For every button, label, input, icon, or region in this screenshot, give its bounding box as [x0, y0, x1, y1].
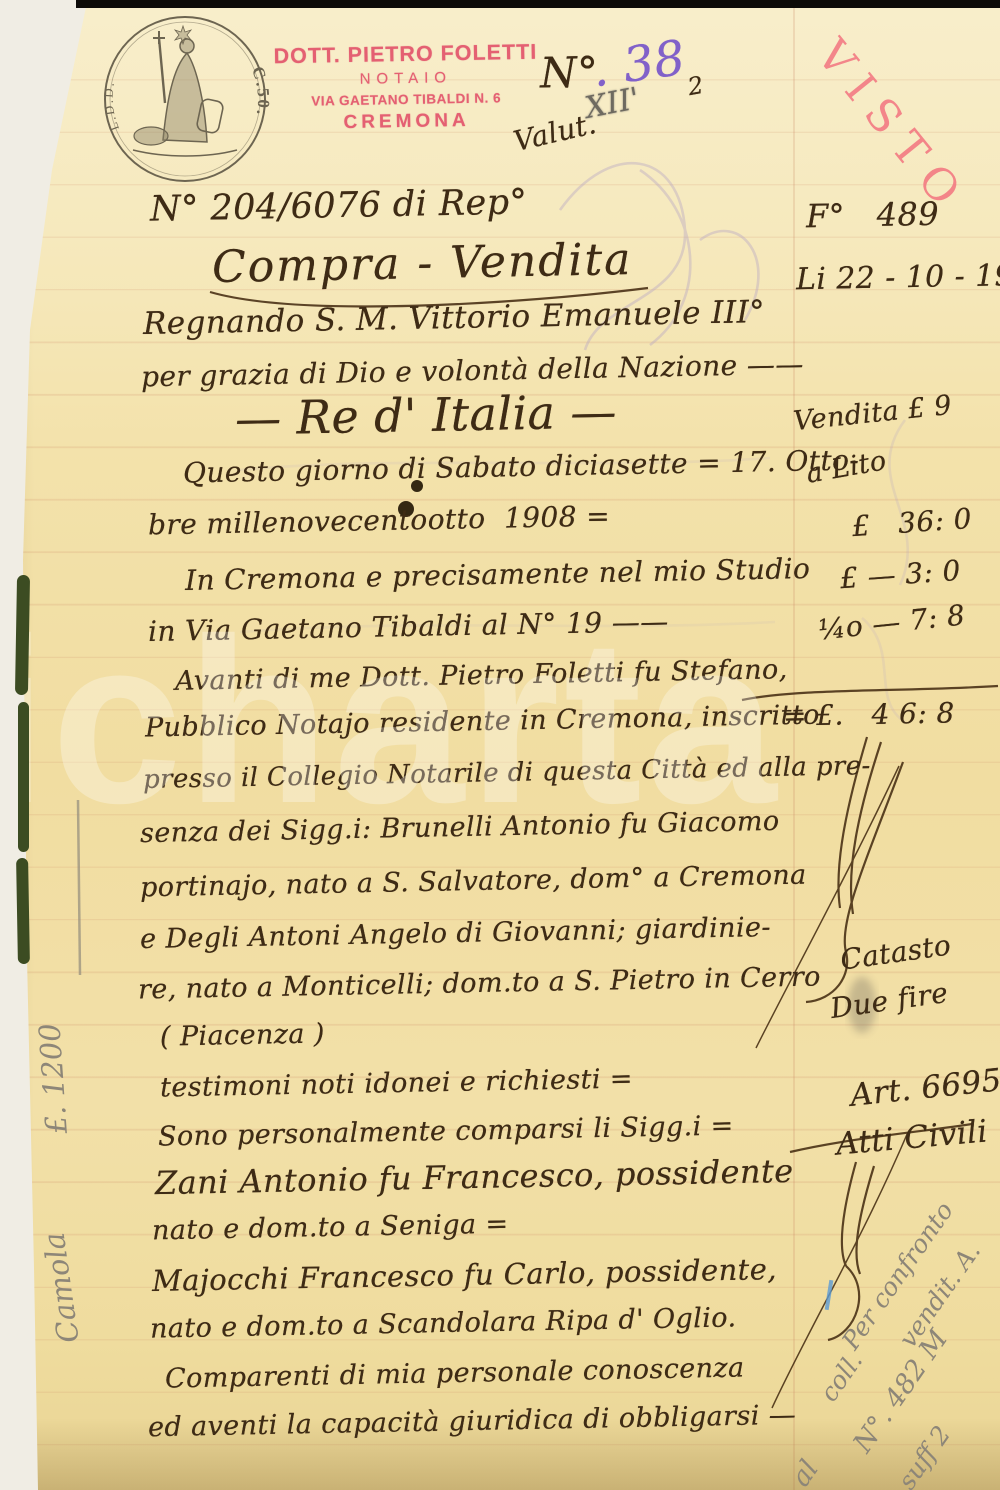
stamp-title: NOTAIO — [272, 68, 540, 90]
seal-denomination: C.50. — [248, 64, 273, 118]
deed-title: Compra - Vendita — [212, 234, 633, 293]
revenue-seal: C.50. L.D.D. — [95, 8, 275, 188]
scan-top-edge — [76, 0, 1000, 8]
scanned-document: C.50. L.D.D. DOTT. PIETRO FOLETTI NOTAIO… — [0, 0, 1000, 1490]
binding-strip — [18, 702, 29, 852]
deed-line: ( Piacenza ) — [160, 1018, 325, 1052]
pencil-margin-stroke — [78, 800, 80, 975]
binding-strip — [16, 858, 30, 964]
deed-line: N° 204/6076 di Rep° — [150, 182, 528, 229]
stamp-address: VIA GAETANO TIBALDI N. 6 — [272, 90, 540, 110]
stamp-name: DOTT. PIETRO FOLETTI — [271, 40, 539, 70]
margin-fee-total: = £. 4 6: 8 — [783, 696, 955, 732]
stamp-city: CREMONA — [272, 109, 540, 136]
folio-date: Li 22 - 10 - 190 — [796, 258, 1000, 298]
deed-page: C.50. L.D.D. DOTT. PIETRO FOLETTI NOTAIO… — [0, 0, 1000, 1490]
italia-allegory-figure — [133, 26, 237, 156]
seal-left-text: L.D.D. — [100, 79, 122, 133]
notary-ink-stamp: DOTT. PIETRO FOLETTI NOTAIO VIA GAETANO … — [271, 40, 541, 136]
folio-reference: F° 489 — [806, 195, 940, 236]
binding-strip — [15, 575, 30, 695]
deed-heading: — Re d' Italia — — [235, 384, 618, 445]
